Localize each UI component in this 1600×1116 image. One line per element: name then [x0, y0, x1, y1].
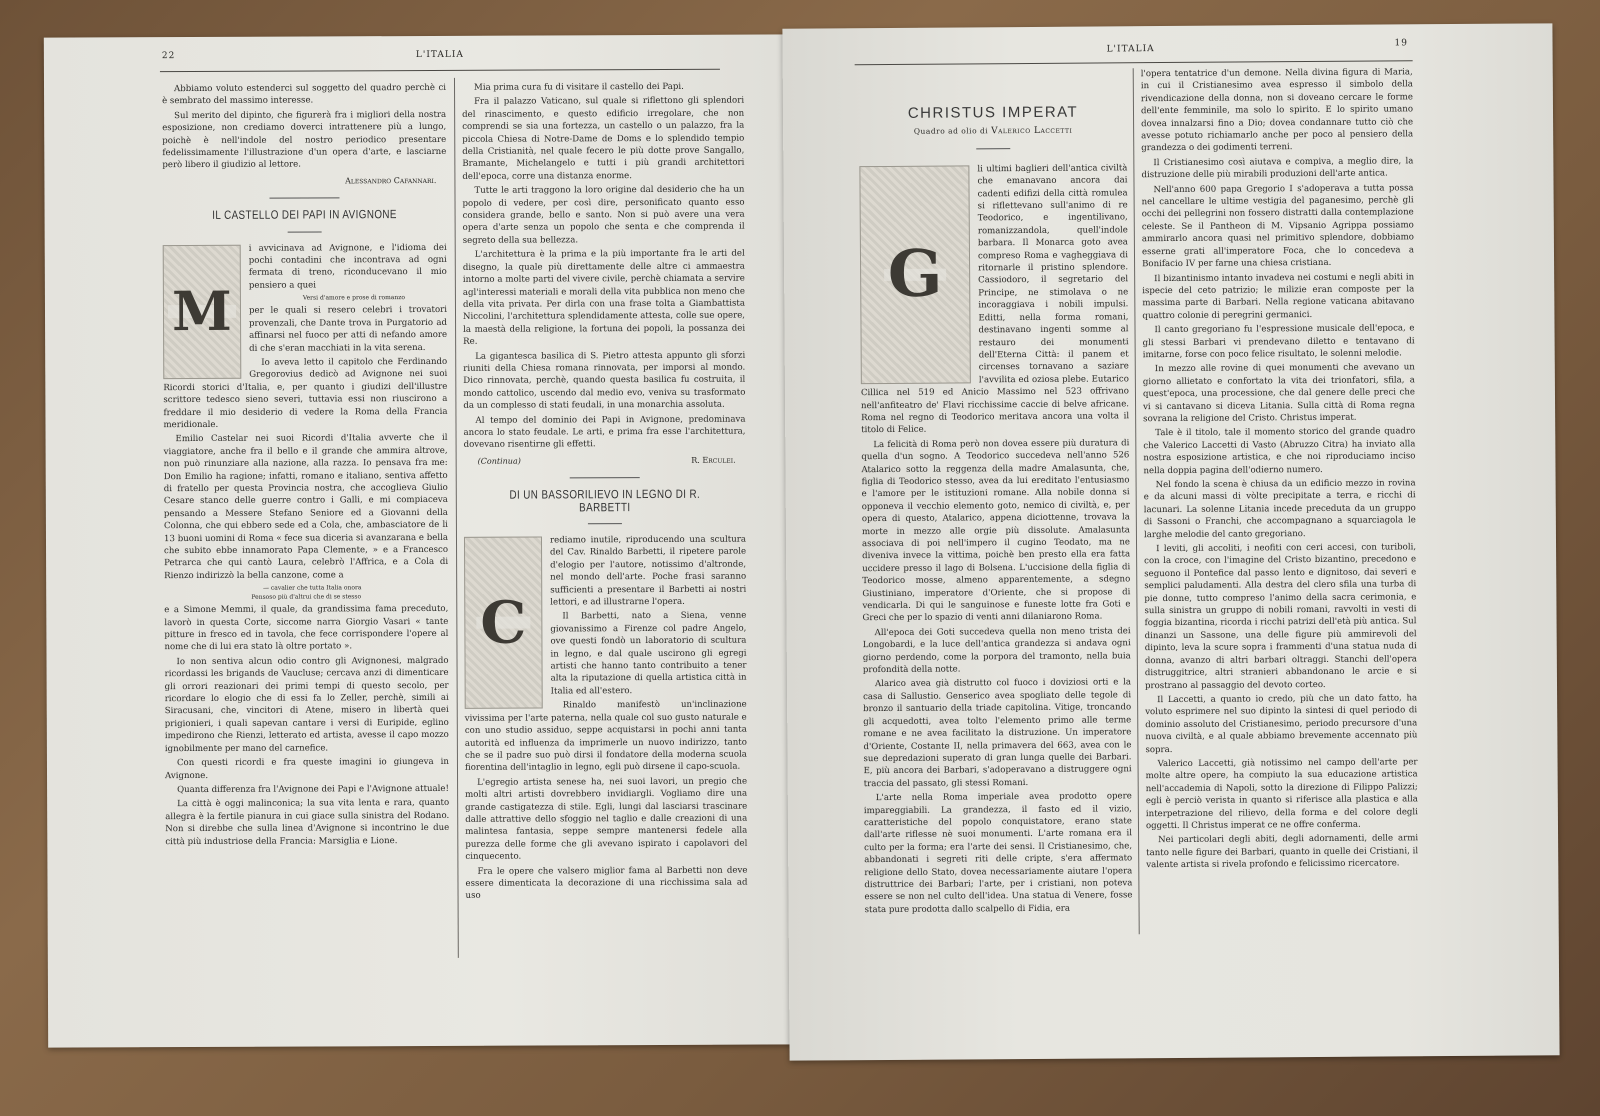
- paragraph: Mia prima cura fu di visitare il castell…: [462, 81, 744, 95]
- paragraph: Il canto gregoriano fu l'espressione mus…: [1142, 322, 1414, 361]
- paragraph: Il bizantinismo intanto invadeva nei cos…: [1142, 271, 1414, 323]
- paragraph: L'egregio artista senese ha, nei suoi la…: [465, 775, 747, 863]
- header-rule: [855, 60, 1413, 65]
- article-subtitle: Quadro ad olio di Valerico Laccetti: [859, 125, 1127, 139]
- paragraph: L'arte nella Roma imperiale avea prodott…: [864, 790, 1133, 916]
- paragraph: Nel fondo la scena è chiusa da un edific…: [1144, 477, 1416, 541]
- paragraph: l'opera tentatrice d'un demone. Nella di…: [1141, 66, 1414, 155]
- paragraph: Rinaldo manifestò un'inclinazione viviss…: [465, 699, 747, 775]
- paragraph: Al tempo del dominio dei Papi in Avignon…: [463, 413, 745, 451]
- left-col-1: Abbiamo voluto estenderci sul soggetto d…: [162, 82, 449, 848]
- paragraph: La felicità di Roma però non dovea esser…: [861, 437, 1130, 625]
- paragraph: Valerico Laccetti, già notissimo nel cam…: [1146, 756, 1419, 832]
- paragraph: Tutte le arti traggono la loro origine d…: [462, 184, 744, 247]
- paragraph: Io non sentiva alcun odio contro gli Avi…: [164, 655, 448, 755]
- intro-paragraph: Sul merito del dipinto, che figurerà fra…: [162, 109, 446, 172]
- paragraph: Alarico avea già distrutto col fuoco i d…: [863, 677, 1132, 791]
- paragraph: La gigantesca basilica di S. Pietro atte…: [463, 349, 745, 412]
- intro-paragraph: Abbiamo voluto estenderci sul soggetto d…: [162, 82, 446, 108]
- paragraph: L'architettura è la prima e la più impor…: [463, 248, 745, 348]
- signature: R. Erculei.: [691, 454, 735, 467]
- article-title: IL CASTELLO DEI PAPI IN AVIGNONE: [188, 208, 421, 221]
- paragraph: Emilio Castelar nei suoi Ricordi d'Itali…: [164, 432, 449, 582]
- right-page: L'ITALIA 19 CHRISTUS IMPERAT Quadro ad o…: [782, 23, 1559, 1060]
- paragraph: Nei particolari degli abiti, degli adorn…: [1146, 833, 1418, 872]
- running-head: L'ITALIA: [416, 50, 464, 60]
- paragraph: Il Cristianesimo così aiutava e compiva,…: [1141, 155, 1413, 182]
- verse-quote: — cavalier che tutta Italia onoraPensoso…: [164, 583, 448, 602]
- separator: [976, 148, 1010, 149]
- right-col-2: l'opera tentatrice d'un demone. Nella di…: [1141, 66, 1419, 871]
- paragraph: Con questi ricordi e fra queste imagini …: [165, 756, 449, 782]
- intro-signature: Alessandro Cafannari.: [162, 175, 436, 189]
- paragraph: e a Simone Memmi, il quale, da grandissi…: [164, 603, 448, 654]
- paragraph: All'epoca dei Goti succedeva quella non …: [863, 625, 1131, 676]
- header-rule: [160, 69, 720, 72]
- paragraph: I leviti, gli accoliti, i neofiti con ce…: [1144, 541, 1417, 692]
- paragraph: Nell'anno 600 papa Gregorio I s'adoperav…: [1141, 182, 1414, 271]
- separator: [570, 477, 640, 478]
- left-page: 22 L'ITALIA Abbiamo voluto estenderci su…: [44, 34, 808, 1047]
- right-col-1: CHRISTUS IMPERAT Quadro ad olio di Valer…: [859, 66, 1133, 916]
- paragraph: Tale è il titolo, tale il momento storic…: [1143, 426, 1415, 478]
- ornamental-dropcap-m: M: [163, 244, 242, 378]
- paragraph: La città è oggi malinconica; la sua vita…: [165, 797, 449, 848]
- column-divider: [1133, 68, 1140, 934]
- left-col-2: Mia prima cura fu di visitare il castell…: [462, 81, 748, 903]
- paragraph: Quanta differenza fra l'Avignone dei Pap…: [165, 783, 449, 797]
- page-number: 19: [1394, 38, 1408, 48]
- article-title: CHRISTUS IMPERAT: [859, 106, 1127, 120]
- separator: [270, 198, 340, 199]
- article-title: DI UN BASSORILIEVO IN LEGNO DI R. BARBET…: [489, 488, 720, 514]
- paragraph: In mezzo alle rovine di quei monumenti c…: [1143, 362, 1415, 426]
- running-head: L'ITALIA: [1107, 44, 1155, 54]
- page-number: 22: [162, 51, 175, 61]
- paragraph: Fra le opere che valsero miglior fama al…: [465, 864, 747, 902]
- separator: [588, 523, 622, 524]
- paragraph: Il Laccetti, a quanto io credo, più che …: [1145, 692, 1417, 756]
- column-divider: [454, 78, 459, 958]
- continua-note: (Continua): [478, 455, 521, 468]
- paragraph: Fra il palazzo Vaticano, sul quale si ri…: [462, 95, 744, 183]
- ornamental-dropcap-c: C: [464, 536, 543, 708]
- separator: [288, 231, 322, 232]
- illustrated-dropcap-g: G: [859, 165, 971, 384]
